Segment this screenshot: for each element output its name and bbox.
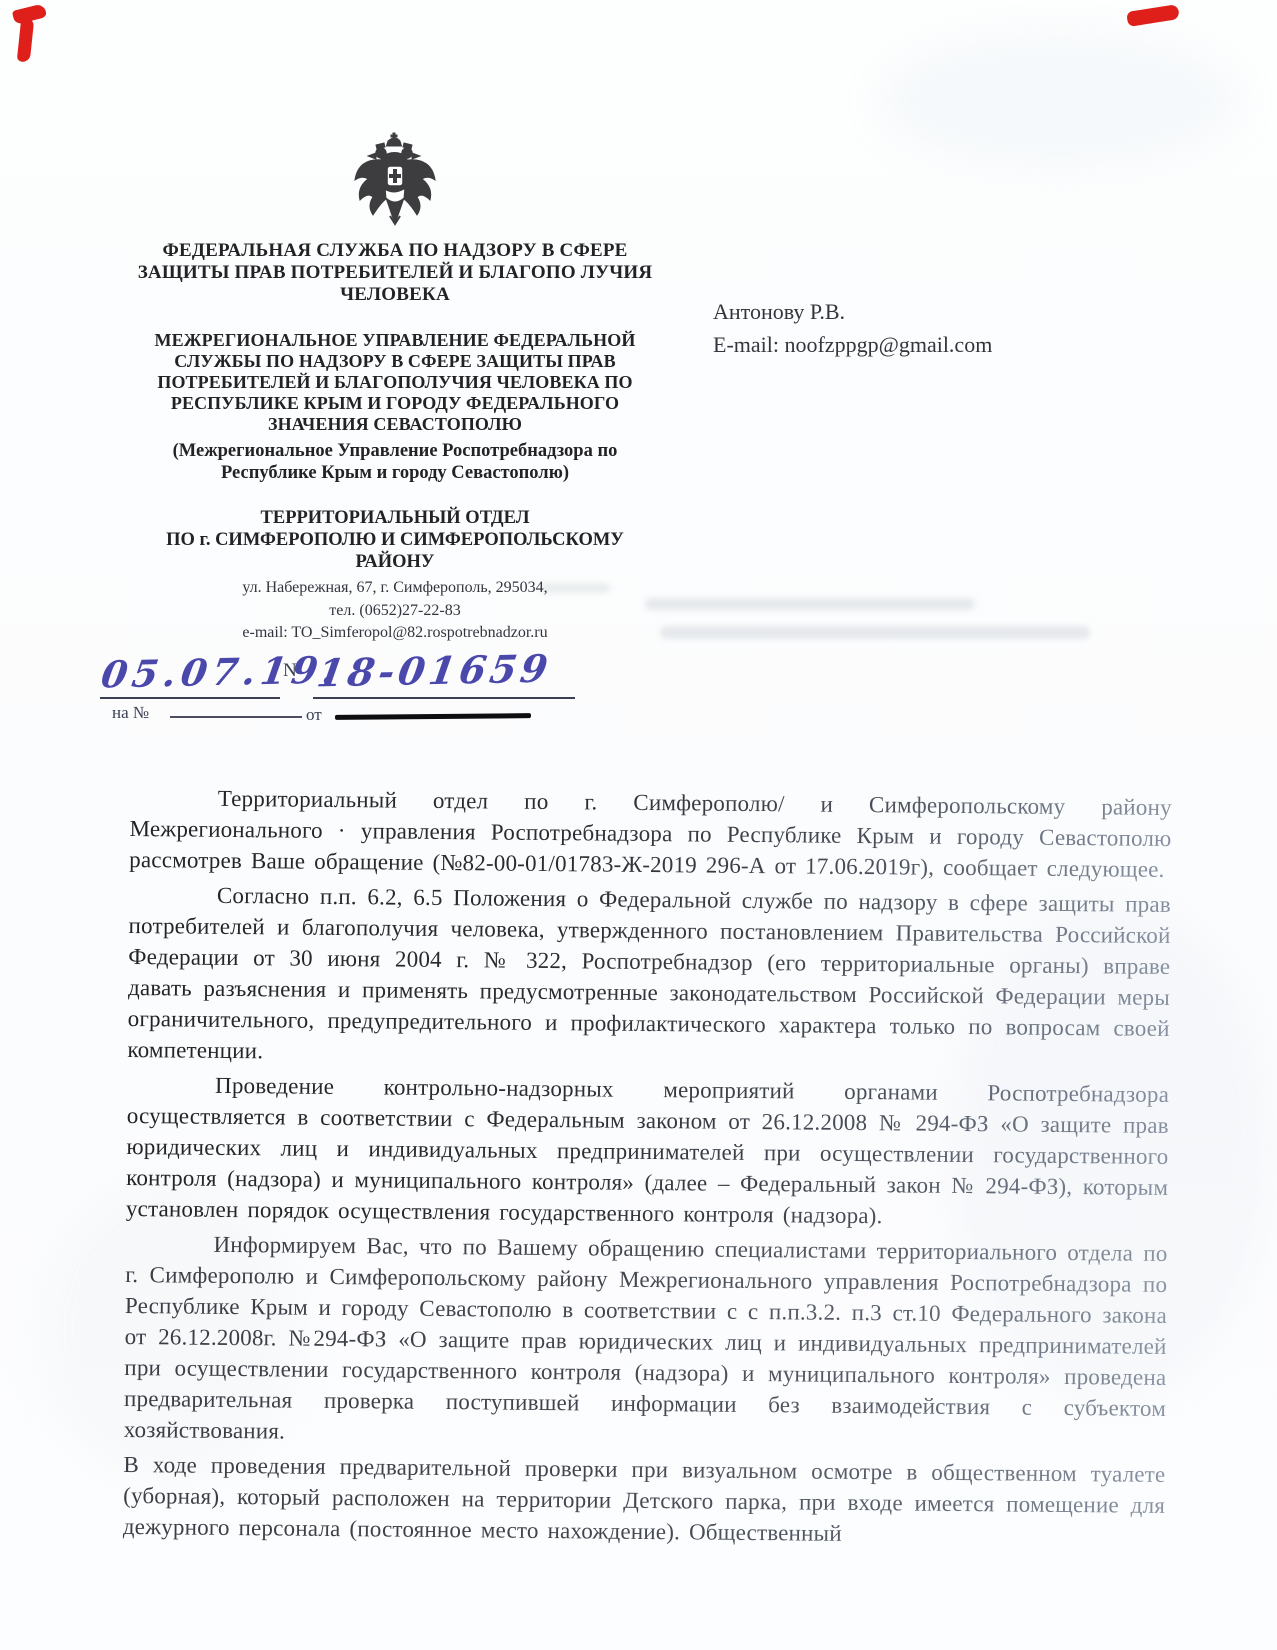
- number-underline: [313, 697, 575, 699]
- reply-from-label: от: [306, 705, 322, 725]
- body-paragraph: В ходе проведения предварительной провер…: [123, 1449, 1166, 1552]
- recipient-block: Антонову Р.В. E-mail: noofzppgp@gmail.co…: [713, 295, 992, 361]
- coat-of-arms-eagle-icon: [352, 132, 438, 230]
- red-scan-mark-topleft: [17, 17, 35, 62]
- scan-tint: [880, 30, 1240, 170]
- letterhead-dept-title: ТЕРРИТОРИАЛЬНЫЙ ОТДЕЛ ПО г. СИМФЕРОПОЛЮ …: [135, 507, 655, 573]
- bleed-through-smudge: [660, 626, 1090, 639]
- body-paragraph: Проведение контрольно-надзорных мероприя…: [126, 1069, 1169, 1234]
- body-paragraph: Информируем Вас, что по Вашему обращению…: [124, 1228, 1168, 1455]
- letterhead: ФЕДЕРАЛЬНАЯ СЛУЖБА ПО НАДЗОРУ В СФЕРЕ ЗА…: [135, 132, 655, 645]
- reply-to-label: на №: [112, 703, 149, 723]
- recipient-email: E-mail: noofzppgp@gmail.com: [713, 328, 992, 361]
- letter-body: Территориальный отдел по г. Симферополю/…: [123, 782, 1172, 1556]
- reference-block: 05.07.19. N 18-01659 на № от: [96, 648, 616, 738]
- letterhead-contacts: ул. Набережная, 67, г. Симферополь, 2950…: [135, 577, 655, 645]
- reply-date-heavy-line: [335, 713, 531, 720]
- body-paragraph: Согласно п.п. 6.2, 6.5 Положения о Федер…: [127, 879, 1171, 1075]
- scanned-letter-page: ФЕДЕРАЛЬНАЯ СЛУЖБА ПО НАДЗОРУ В СФЕРЕ ЗА…: [0, 0, 1277, 1650]
- reply-number-line: [170, 716, 302, 718]
- handwritten-date: 05.07.19.: [98, 648, 344, 697]
- dept-line2: ПО г. СИМФЕРОПОЛЮ И СИМФЕРОПОЛЬСКОМУ РАЙ…: [135, 529, 655, 573]
- red-scan-mark-topright: [1126, 4, 1180, 27]
- letterhead-phone: тел. (0652)27-22-83: [135, 600, 655, 623]
- letterhead-email: e-mail: TO_Simferopol@82.rospotrebnadzor…: [135, 622, 655, 645]
- number-label: N: [283, 660, 297, 682]
- dept-line1: ТЕРРИТОРИАЛЬНЫЙ ОТДЕЛ: [135, 507, 655, 529]
- recipient-name: Антонову Р.В.: [713, 295, 992, 328]
- date-underline: [100, 697, 280, 699]
- letterhead-org-name: ФЕДЕРАЛЬНАЯ СЛУЖБА ПО НАДЗОРУ В СФЕРЕ ЗА…: [135, 240, 655, 306]
- bleed-through-smudge: [645, 598, 975, 610]
- letterhead-org-fullname: МЕЖРЕГИОНАЛЬНОЕ УПРАВЛЕНИЕ ФЕДЕРАЛЬНОЙ С…: [135, 330, 655, 435]
- handwritten-outgoing-number: 18-01659: [314, 646, 555, 696]
- body-paragraph: Территориальный отдел по г. Симферополю/…: [129, 782, 1172, 885]
- letterhead-address: ул. Набережная, 67, г. Симферополь, 2950…: [135, 577, 655, 600]
- letterhead-org-shortname: (Межрегиональное Управление Роспотребнад…: [135, 440, 655, 484]
